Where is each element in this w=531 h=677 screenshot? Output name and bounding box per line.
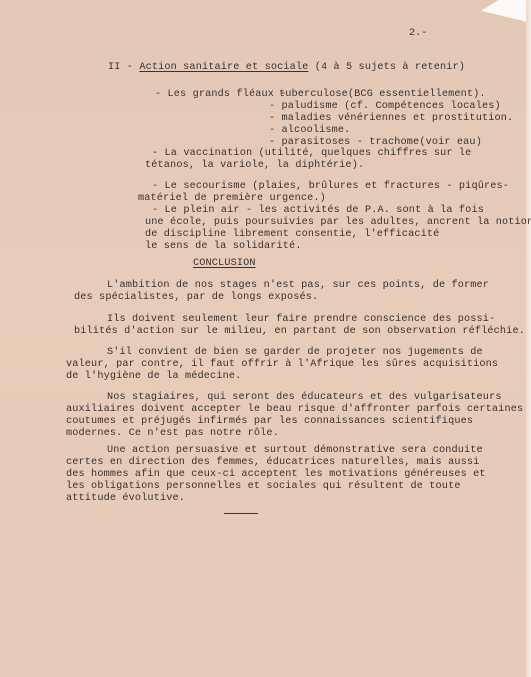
conclusion-line: des spécialistes, par de longs exposés. (74, 292, 318, 304)
vaccination-line: tétanos, la variole, la diphtérie). (145, 160, 364, 172)
section-heading: II - Action sanitaire et sociale (4 à 5 … (108, 62, 465, 74)
section-note: (4 à 5 sujets à retenir) (308, 62, 465, 73)
conclusion-line: modernes. Ce n'est pas notre rôle. (66, 428, 279, 440)
conclusion-line: Une action persuasive et surtout démonst… (107, 445, 483, 457)
plein-air-line: - Le plein air - les activités de P.A. s… (152, 205, 484, 217)
conclusion-line: attitude évolutive. (66, 493, 185, 505)
fleaux-item: tuberculose(BCG essentiellement). (279, 89, 486, 101)
fleaux-label: - Les grands fléaux - (155, 89, 293, 101)
conclusion-line: valeur, par contre, il faut offrir à l'A… (66, 359, 498, 371)
secourisme-line: - Le secourisme (plaies, brûlures et fra… (152, 181, 509, 193)
plein-air-line: de discipline librement consentie, l'eff… (145, 229, 439, 241)
fleaux-item: - alcoolisme. (269, 125, 350, 137)
conclusion-line: des hommes afin que ceux-ci acceptent le… (66, 469, 486, 481)
plein-air-line: le sens de la solidarité. (145, 241, 302, 253)
fleaux-item: - maladies vénériennes et prostitution. (269, 113, 513, 125)
conclusion-line: bilités d'action sur le milieu, en parta… (74, 326, 525, 338)
page-number: 2.- (409, 28, 427, 39)
conclusion-heading: CONCLUSION (193, 258, 256, 270)
conclusion-line: Nos stagiaires, qui seront des éducateur… (107, 392, 502, 404)
section-title: Action sanitaire et sociale (139, 62, 308, 73)
conclusion-line: L'ambition de nos stages n'est pas, sur … (107, 280, 489, 292)
conclusion-line: certes en direction des femmes, éducatri… (66, 457, 479, 469)
fleaux-item: - paludisme (cf. Compétences locales) (269, 101, 501, 113)
end-rule (224, 513, 258, 514)
secourisme-line: matériel de première urgence.) (138, 193, 326, 205)
conclusion-line: Ils doivent seulement leur faire prendre… (107, 314, 495, 326)
conclusion-line: auxiliaires doivent accepter le beau ris… (66, 404, 523, 416)
plein-air-line: une école, puis poursuivies par les adul… (145, 217, 531, 229)
page-edge (526, 0, 531, 677)
conclusion-line: S'il convient de bien se garder de proje… (107, 347, 483, 359)
section-prefix: II - (108, 62, 139, 73)
conclusion-line: de l'hygiène de la médecine. (66, 371, 241, 383)
conclusion-line: coutumes et préjugés infirmés par les co… (66, 416, 473, 428)
vaccination-line: - La vaccination (utilité, quelques chif… (152, 148, 471, 160)
conclusion-line: les obligations personnelles et sociales… (66, 481, 461, 493)
